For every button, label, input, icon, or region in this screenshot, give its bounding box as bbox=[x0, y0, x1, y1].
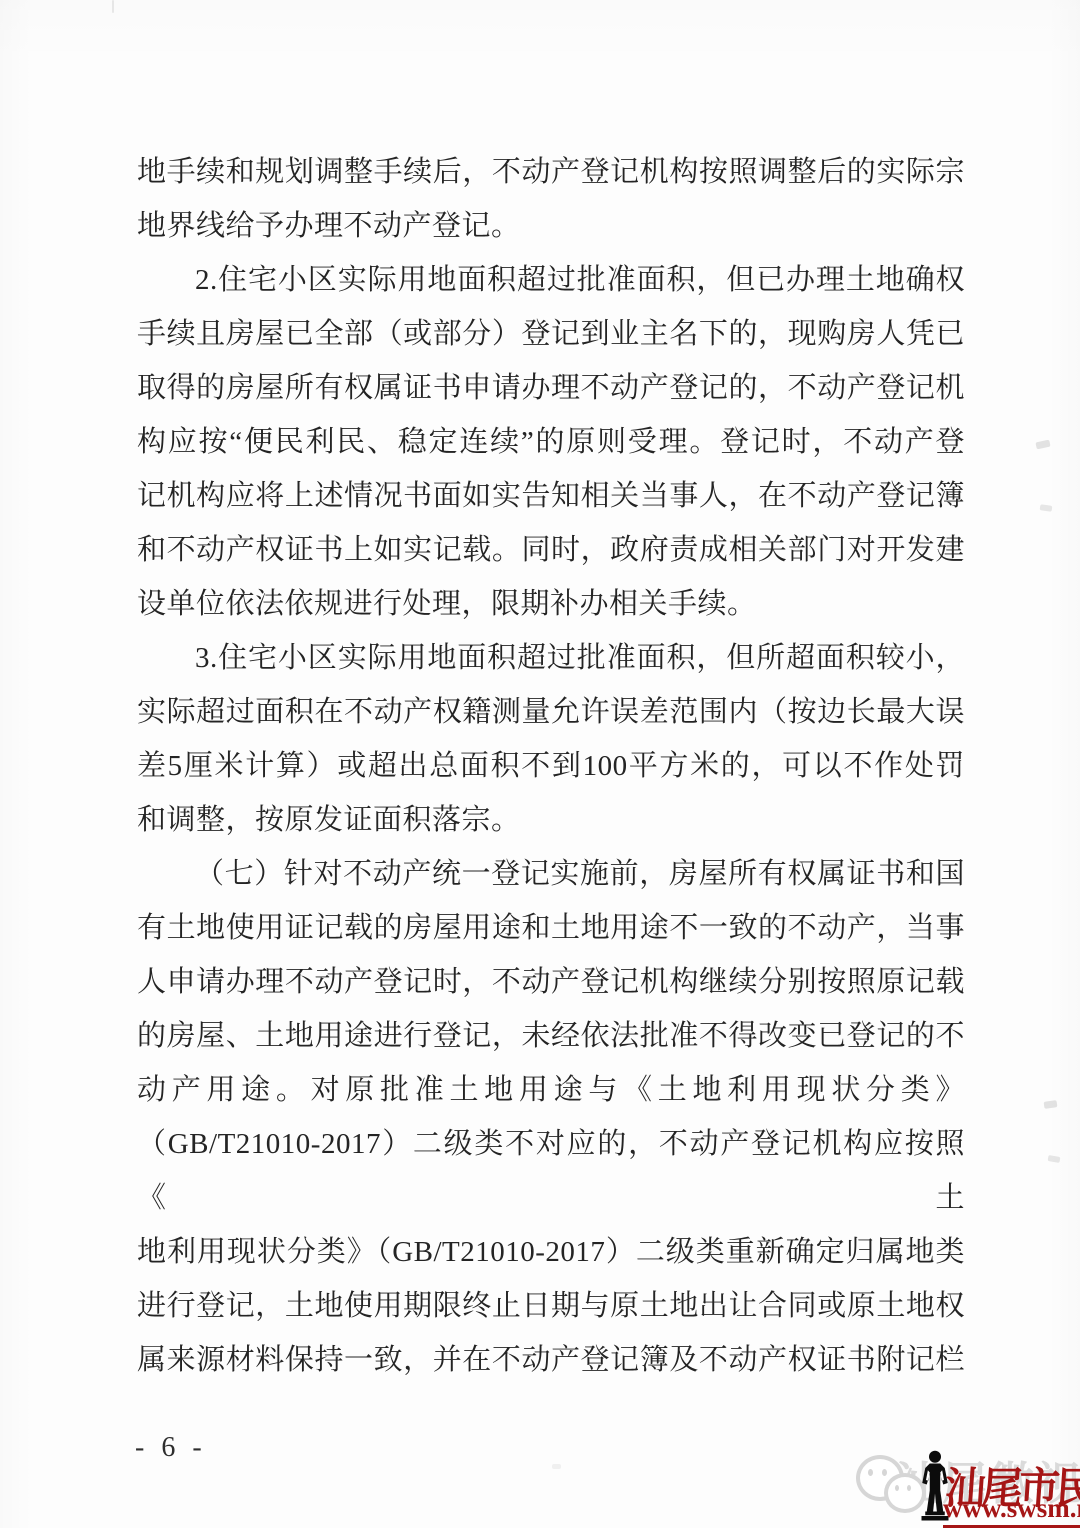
page-number: - 6 - bbox=[135, 1432, 207, 1464]
scan-artifact bbox=[1035, 440, 1050, 450]
bubble-eye-icon bbox=[882, 1469, 887, 1476]
text-line: 动产用途。对原批准土地用途与《土地利用现状分类》 bbox=[137, 1063, 965, 1117]
scan-artifact bbox=[1040, 504, 1053, 512]
text-line: 3.住宅小区实际用地面积超过批准面积，但所超面积较小， bbox=[137, 631, 965, 685]
text-line: 和不动产权证书上如实记载。同时，政府责成相关部门对开发建 bbox=[137, 523, 965, 577]
document-page: 地手续和规划调整手续后，不动产登记机构按照调整后的实际宗地界线给予办理不动产登记… bbox=[0, 0, 1080, 1528]
text-line: 取得的房屋所有权属证书申请办理不动产登记的，不动产登记机 bbox=[137, 361, 965, 415]
text-line: 2.住宅小区实际用地面积超过批准面积，但已办理土地确权 bbox=[137, 253, 965, 307]
text-line: 人申请办理不动产登记时，不动产登记机构继续分别按照原记载 bbox=[137, 955, 965, 1009]
scan-artifact bbox=[1048, 1155, 1061, 1163]
site-url: www.swsm.net bbox=[943, 1493, 1080, 1528]
scan-artifact bbox=[1044, 1100, 1058, 1109]
site-watermark: 汕尾微视界 汕尾市民网 www.swsm.net bbox=[840, 1395, 1080, 1528]
text-line: 记机构应将上述情况书面如实告知相关当事人，在不动产登记簿 bbox=[137, 469, 965, 523]
text-line: （七）针对不动产统一登记实施前，房屋所有权属证书和国 bbox=[137, 847, 965, 901]
bubble-eye-icon bbox=[868, 1469, 873, 1476]
bubble-eye-icon bbox=[895, 1485, 899, 1491]
text-line: 地手续和规划调整手续后，不动产登记机构按照调整后的实际宗 bbox=[137, 145, 965, 199]
text-line: 进行登记，土地使用期限终止日期与原土地出让合同或原土地权 bbox=[137, 1279, 965, 1333]
text-line: 的房屋、土地用途进行登记，未经依法批准不得改变已登记的不 bbox=[137, 1009, 965, 1063]
text-line: （GB/T21010-2017）二级类不对应的，不动产登记机构应按照《土 bbox=[137, 1117, 965, 1225]
text-line: 属来源材料保持一致，并在不动产登记簿及不动产权证书附记栏 bbox=[137, 1333, 965, 1387]
text-line: 手续且房屋已全部（或部分）登记到业主名下的，现购房人凭已 bbox=[137, 307, 965, 361]
document-lines: 地手续和规划调整手续后，不动产登记机构按照调整后的实际宗地界线给予办理不动产登记… bbox=[137, 145, 965, 1387]
text-line: 和调整，按原发证面积落宗。 bbox=[137, 793, 965, 847]
text-line: 构应按“便民利民、稳定连续”的原则受理。登记时，不动产登 bbox=[137, 415, 965, 469]
text-line: 地利用现状分类》（GB/T21010-2017）二级类重新确定归属地类 bbox=[137, 1225, 965, 1279]
bubble-eye-icon bbox=[907, 1485, 911, 1491]
text-line: 有土地使用证记载的房屋用途和土地用途不一致的不动产，当事 bbox=[137, 901, 965, 955]
scan-artifact bbox=[552, 1464, 561, 1469]
scan-artifact bbox=[112, 0, 114, 13]
text-line: 地界线给予办理不动产登记。 bbox=[137, 199, 965, 253]
text-line: 设单位依法依规进行处理，限期补办相关手续。 bbox=[137, 577, 965, 631]
text-line: 差5厘米计算）或超出总面积不到100平方米的，可以不作处罚 bbox=[137, 739, 965, 793]
text-line: 实际超过面积在不动产权籍测量允许误差范围内（按边长最大误 bbox=[137, 685, 965, 739]
